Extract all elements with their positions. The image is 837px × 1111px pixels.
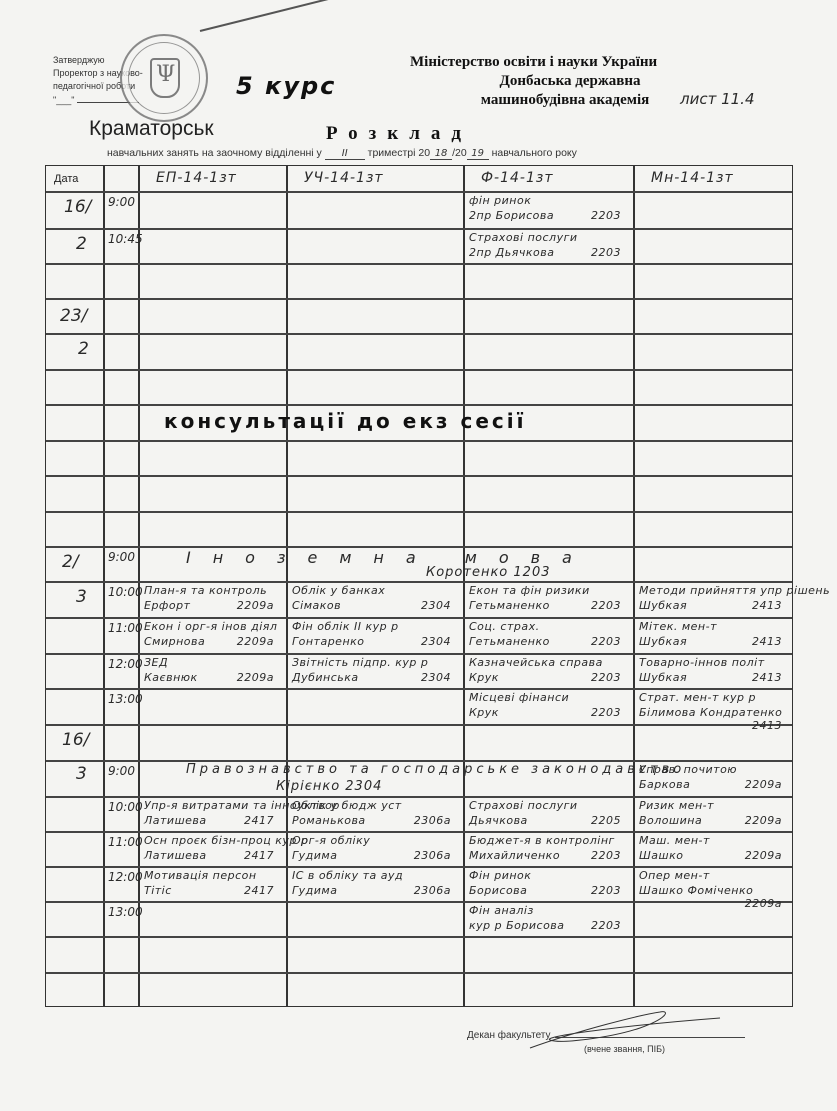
schedule-subtitle: навчальних занять на заочному відділенні… bbox=[107, 147, 577, 160]
entry-subject: Мітек. мен-т bbox=[639, 620, 788, 633]
schedule-entry: Облік у бюдж устРоманькова2306а bbox=[292, 799, 457, 827]
entry-teacher: Гудима2306а bbox=[292, 884, 457, 897]
entry-teacher: Шубкая2413 bbox=[639, 671, 788, 684]
entry-teacher: Дьячкова2205 bbox=[469, 814, 627, 827]
entry-subject: Страт. мен-т кур р bbox=[639, 691, 788, 704]
entry-teacher: Ерфорт2209а bbox=[144, 599, 280, 612]
entry-teacher: Михайличенко2203 bbox=[469, 849, 627, 862]
entry-subject: Облік у бюдж уст bbox=[292, 799, 457, 812]
time-label: 11:00 bbox=[108, 621, 143, 635]
row-divider bbox=[46, 831, 792, 833]
entry-room: 2304 bbox=[421, 635, 451, 648]
time-label: 10:00 bbox=[108, 800, 143, 814]
date-label: 2 bbox=[76, 234, 87, 254]
entry-room: 2417 bbox=[244, 849, 274, 862]
entry-room: 2203 bbox=[591, 671, 621, 684]
dean-signature bbox=[520, 1010, 730, 1050]
schedule-entry: Фін аналізкур р Борисова2203 bbox=[469, 904, 627, 932]
entry-room: 2306а bbox=[414, 814, 451, 827]
entry-teacher: Сімаков2304 bbox=[292, 599, 457, 612]
schedule-entry: Фін ринокБорисова2203 bbox=[469, 869, 627, 897]
entry-subject: Упр-я витратами та інноуктвор bbox=[144, 799, 280, 812]
time-label: 13:00 bbox=[108, 905, 143, 919]
entry-room: 2304 bbox=[421, 599, 451, 612]
sheet-number: лист 11.4 bbox=[680, 90, 755, 108]
entry-teacher: Волошина2209а bbox=[639, 814, 788, 827]
date-label: 3 bbox=[76, 587, 87, 607]
entry-teacher: Дубинська2304 bbox=[292, 671, 457, 684]
entry-teacher: 2пр Борисова2203 bbox=[469, 209, 627, 222]
entry-subject: Облік у банках bbox=[292, 584, 457, 597]
entry-subject: Осн проєк бізн-проц кур р bbox=[144, 834, 280, 847]
entry-room: 2209а bbox=[745, 849, 782, 862]
schedule-entry: Бюджет-я в контролінгМихайличенко2203 bbox=[469, 834, 627, 862]
schedule-entry: Управ. почитоюБаркова2209а bbox=[639, 763, 788, 791]
entry-room: 2417 bbox=[244, 814, 274, 827]
trident-seal-icon bbox=[150, 58, 180, 98]
schedule-entry: Страхові послуги2пр Дьячкова2203 bbox=[469, 231, 627, 259]
entry-subject: Ризик мен-т bbox=[639, 799, 788, 812]
schedule-entry: Звітність підпр. кур рДубинська2304 bbox=[292, 656, 457, 684]
entry-teacher: Латишева2417 bbox=[144, 849, 280, 862]
ministry-line-1: Міністерство освіти і науки України bbox=[410, 53, 710, 72]
schedule-entry: Облік у банкахСімаков2304 bbox=[292, 584, 457, 612]
entry-subject: Страхові послуги bbox=[469, 231, 627, 244]
schedule-entry: План-я та контрольЕрфорт2209а bbox=[144, 584, 280, 612]
entry-subject: План-я та контроль bbox=[144, 584, 280, 597]
entry-room: 2209а bbox=[745, 814, 782, 827]
year-to: 19 bbox=[467, 148, 489, 160]
entry-subject: Орг-я обліку bbox=[292, 834, 457, 847]
group-header: УЧ-14-1зт bbox=[304, 170, 384, 186]
city-name: Краматорськ bbox=[89, 117, 214, 141]
row-divider bbox=[46, 404, 792, 406]
group-header: Ф-14-1зт bbox=[481, 170, 553, 186]
schedule-table: ДатаЕП-14-1зтУЧ-14-1зтФ-14-1зтМн-14-1зт1… bbox=[45, 165, 793, 1007]
entry-room: 2304 bbox=[421, 671, 451, 684]
schedule-entry: Осн проєк бізн-проц кур рЛатишева2417 bbox=[144, 834, 280, 862]
schedule-entry: Мітек. мен-тШубкая2413 bbox=[639, 620, 788, 648]
entry-subject: Опер мен-т bbox=[639, 869, 788, 882]
row-divider bbox=[46, 333, 792, 335]
time-label: 12:00 bbox=[108, 657, 143, 671]
entry-teacher: Білимова Кондратенко2413 bbox=[639, 706, 788, 719]
date-label: 16/ bbox=[64, 197, 91, 217]
entry-subject: Маш. мен-т bbox=[639, 834, 788, 847]
column-divider bbox=[103, 166, 105, 1006]
merged-teacher: Кірієнко 2304 bbox=[276, 779, 382, 794]
row-divider bbox=[46, 369, 792, 371]
entry-subject: Методи прийняття упр рішень bbox=[639, 584, 788, 597]
row-divider bbox=[46, 653, 792, 655]
column-divider bbox=[463, 166, 465, 1006]
entry-teacher: 2пр Дьячкова2203 bbox=[469, 246, 627, 259]
entry-subject: Товарно-іннов політ bbox=[639, 656, 788, 669]
row-divider bbox=[46, 298, 792, 300]
row-divider bbox=[46, 581, 792, 583]
entry-teacher: кур р Борисова2203 bbox=[469, 919, 627, 932]
entry-teacher: Крук2203 bbox=[469, 671, 627, 684]
schedule-entry: ЗЕДКаєвнюк2209а bbox=[144, 656, 280, 684]
schedule-entry: Опер мен-тШашко Фоміченко2209а bbox=[639, 869, 788, 910]
subtitle-suffix: навчального року bbox=[492, 147, 577, 159]
entry-room: 2413 bbox=[752, 719, 782, 732]
entry-teacher: Гетьманенко2203 bbox=[469, 599, 627, 612]
row-divider bbox=[46, 511, 792, 513]
schedule-entry: Соц. страх.Гетьманенко2203 bbox=[469, 620, 627, 648]
date-label: 3 bbox=[76, 764, 87, 784]
entry-room: 2203 bbox=[591, 919, 621, 932]
ministry-line-2: Донбаська державна bbox=[410, 72, 710, 91]
entry-teacher: Шашко2209а bbox=[639, 849, 788, 862]
entry-room: 2203 bbox=[591, 599, 621, 612]
entry-subject: Мотивація персон bbox=[144, 869, 280, 882]
group-header: ЕП-14-1зт bbox=[156, 170, 237, 186]
consultation-banner: консультації до екз сесії bbox=[164, 409, 526, 433]
row-divider bbox=[46, 972, 792, 974]
time-label: 9:00 bbox=[108, 195, 135, 209]
entry-subject: Казначейська справа bbox=[469, 656, 627, 669]
subtitle-slash: /20 bbox=[452, 147, 467, 159]
year-from: 18 bbox=[430, 148, 452, 160]
entry-subject: Звітність підпр. кур р bbox=[292, 656, 457, 669]
entry-teacher: Баркова2209а bbox=[639, 778, 788, 791]
row-divider bbox=[46, 936, 792, 938]
entry-teacher: Романькова2306а bbox=[292, 814, 457, 827]
trimester-value: II bbox=[325, 148, 365, 160]
subtitle-middle: триместрі 20 bbox=[368, 147, 430, 159]
entry-teacher: Борисова2203 bbox=[469, 884, 627, 897]
entry-subject: Страхові послуги bbox=[469, 799, 627, 812]
time-label: 9:00 bbox=[108, 764, 135, 778]
entry-teacher: Гонтаренко2304 bbox=[292, 635, 457, 648]
schedule-entry: Казначейська справаКрук2203 bbox=[469, 656, 627, 684]
entry-room: 2203 bbox=[591, 849, 621, 862]
entry-teacher: Крук2203 bbox=[469, 706, 627, 719]
entry-teacher: Смирнова2209а bbox=[144, 635, 280, 648]
entry-teacher: Гетьманенко2203 bbox=[469, 635, 627, 648]
time-label: 12:00 bbox=[108, 870, 143, 884]
ministry-header: Міністерство освіти і науки України Донб… bbox=[410, 53, 710, 110]
time-label: 10:00 bbox=[108, 585, 143, 599]
entry-room: 2203 bbox=[591, 635, 621, 648]
date-label: 2 bbox=[78, 339, 89, 359]
course-label: 5 курс bbox=[236, 72, 336, 100]
row-divider bbox=[46, 191, 792, 193]
entry-subject: Фін аналіз bbox=[469, 904, 627, 917]
entry-teacher: Шашко Фоміченко2209а bbox=[639, 884, 788, 897]
entry-teacher: Тітіс2417 bbox=[144, 884, 280, 897]
schedule-entry: фін ринок2пр Борисова2203 bbox=[469, 194, 627, 222]
date-label: 2/ bbox=[62, 552, 79, 572]
subtitle-prefix: навчальних занять на заочному відділенні… bbox=[107, 147, 322, 159]
entry-subject: Бюджет-я в контролінг bbox=[469, 834, 627, 847]
entry-subject: Екон і орг-я інов діял bbox=[144, 620, 280, 633]
entry-room: 2203 bbox=[591, 884, 621, 897]
column-divider bbox=[286, 166, 288, 1006]
entry-subject: Соц. страх. bbox=[469, 620, 627, 633]
time-label: 11:00 bbox=[108, 835, 143, 849]
approval-signature bbox=[200, 0, 424, 32]
entry-room: 2209а bbox=[237, 671, 274, 684]
schedule-entry: ІС в обліку та аудГудима2306а bbox=[292, 869, 457, 897]
entry-subject: ІС в обліку та ауд bbox=[292, 869, 457, 882]
entry-subject: Екон та фін ризики bbox=[469, 584, 627, 597]
entry-room: 2203 bbox=[591, 706, 621, 719]
entry-room: 2209а bbox=[745, 778, 782, 791]
entry-teacher: Латишева2417 bbox=[144, 814, 280, 827]
entry-room: 2417 bbox=[244, 884, 274, 897]
time-label: 13:00 bbox=[108, 692, 143, 706]
entry-room: 2413 bbox=[752, 599, 782, 612]
schedule-entry: Місцеві фінансиКрук2203 bbox=[469, 691, 627, 719]
schedule-entry: Упр-я витратами та інноуктворЛатишева241… bbox=[144, 799, 280, 827]
schedule-entry: Методи прийняття упр рішеньШубкая2413 bbox=[639, 584, 788, 612]
schedule-entry: Ризик мен-тВолошина2209а bbox=[639, 799, 788, 827]
time-label: 9:00 bbox=[108, 550, 135, 564]
group-header: Мн-14-1зт bbox=[651, 170, 734, 186]
entry-teacher: Каєвнюк2209а bbox=[144, 671, 280, 684]
schedule-entry: Товарно-іннов політШубкая2413 bbox=[639, 656, 788, 684]
time-label: 10:45 bbox=[108, 232, 143, 246]
entry-subject: Фін ринок bbox=[469, 869, 627, 882]
schedule-entry: Фін облік II кур рГонтаренко2304 bbox=[292, 620, 457, 648]
row-divider bbox=[46, 617, 792, 619]
entry-room: 2413 bbox=[752, 635, 782, 648]
row-divider bbox=[46, 796, 792, 798]
entry-room: 2306а bbox=[414, 884, 451, 897]
entry-room: 2413 bbox=[752, 671, 782, 684]
schedule-entry: Орг-я облікуГудима2306а bbox=[292, 834, 457, 862]
page-title: Розклад bbox=[326, 123, 472, 145]
entry-teacher: Шубкая2413 bbox=[639, 635, 788, 648]
official-stamp bbox=[120, 34, 208, 122]
entry-room: 2209а bbox=[237, 599, 274, 612]
row-divider bbox=[46, 688, 792, 690]
schedule-entry: Страхові послугиДьячкова2205 bbox=[469, 799, 627, 827]
schedule-entry: Екон і орг-я інов діялСмирнова2209а bbox=[144, 620, 280, 648]
entry-teacher: Шубкая2413 bbox=[639, 599, 788, 612]
schedule-entry: Мотивація персонТітіс2417 bbox=[144, 869, 280, 897]
row-divider bbox=[46, 475, 792, 477]
schedule-entry: Маш. мен-тШашко2209а bbox=[639, 834, 788, 862]
row-divider bbox=[46, 228, 792, 230]
entry-room: 2205 bbox=[591, 814, 621, 827]
ministry-line-3: машинобудівна академія bbox=[410, 91, 710, 110]
row-divider bbox=[46, 440, 792, 442]
approval-date: "___" bbox=[53, 95, 74, 105]
merged-subject: Правознавство та господарське законодавс… bbox=[186, 762, 685, 777]
schedule-entry: Страт. мен-т кур рБілимова Кондратенко24… bbox=[639, 691, 788, 732]
entry-subject: фін ринок bbox=[469, 194, 627, 207]
entry-teacher: Гудима2306а bbox=[292, 849, 457, 862]
entry-room: 2209а bbox=[745, 897, 782, 910]
row-divider bbox=[46, 866, 792, 868]
row-divider bbox=[46, 263, 792, 265]
entry-subject: ЗЕД bbox=[144, 656, 280, 669]
date-label: 16/ bbox=[62, 730, 89, 750]
entry-room: 2209а bbox=[237, 635, 274, 648]
entry-room: 2306а bbox=[414, 849, 451, 862]
entry-subject: Фін облік II кур р bbox=[292, 620, 457, 633]
date-label: 23/ bbox=[60, 306, 87, 326]
column-divider bbox=[633, 166, 635, 1006]
schedule-entry: Екон та фін ризикиГетьманенко2203 bbox=[469, 584, 627, 612]
merged-teacher: Коротенко 1203 bbox=[426, 565, 550, 580]
entry-subject: Місцеві фінанси bbox=[469, 691, 627, 704]
entry-room: 2203 bbox=[591, 246, 621, 259]
date-column-header: Дата bbox=[54, 173, 78, 185]
entry-room: 2203 bbox=[591, 209, 621, 222]
entry-subject: Управ. почитою bbox=[639, 763, 788, 776]
